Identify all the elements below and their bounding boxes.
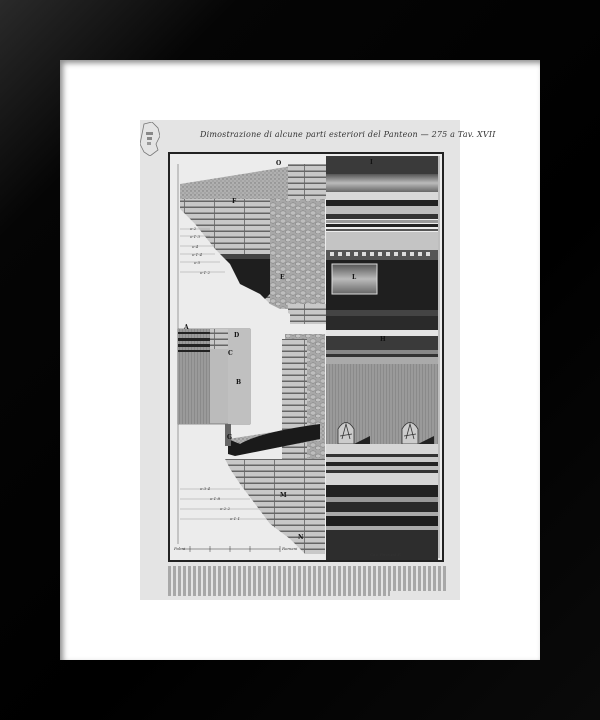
plate-letter-g: G [227,434,232,441]
plate-letter-e: E [280,274,285,281]
plate-letter-f: F [232,198,236,205]
scale-right-label: Romani [282,546,297,551]
plate-letter-c: C [228,350,233,357]
engraving-plate: O F E I L H A B D C G M N o·2 o·1·3 o·4 … [168,152,444,562]
scale-left-label: Palmi [174,546,185,551]
plate-letter-a: A [184,324,189,331]
collector-stamp-icon [140,122,160,156]
plate-letter-o: O [276,160,281,167]
plate-letter-h: H [380,336,386,343]
caption-text: A B. Modulatura del portico ... C D. Sez… [168,566,446,596]
measurement-label: o·2 [190,226,196,231]
measurement-label: o·1·8 [210,496,220,501]
plate-title: Dimostrazione di alcune parti esteriori … [200,130,460,144]
plate-letter-l: L [352,274,356,281]
plate-letter-m: M [280,492,287,499]
measurement-label: o·1·2 [200,270,210,275]
measurement-label: o·1·3 [190,234,200,239]
plate-letter-i: I [370,159,373,166]
artist-signature: Cav. Piranesi F. [370,552,401,557]
plate-letter-n: N [298,534,303,541]
measurement-label: o·1·4 [192,252,202,257]
measurement-label: o·4 [192,244,198,249]
measurement-label: o·1·1 [230,516,240,521]
plate-letter-b: B [236,379,241,386]
measurement-label: o·5 [194,260,200,265]
measurement-label: o·3·4 [200,486,210,491]
plate-letter-d: D [234,332,239,339]
plate-caption: A B. Modulatura del portico ... C D. Sez… [168,566,446,596]
measurement-label: o·2·2 [220,506,230,511]
